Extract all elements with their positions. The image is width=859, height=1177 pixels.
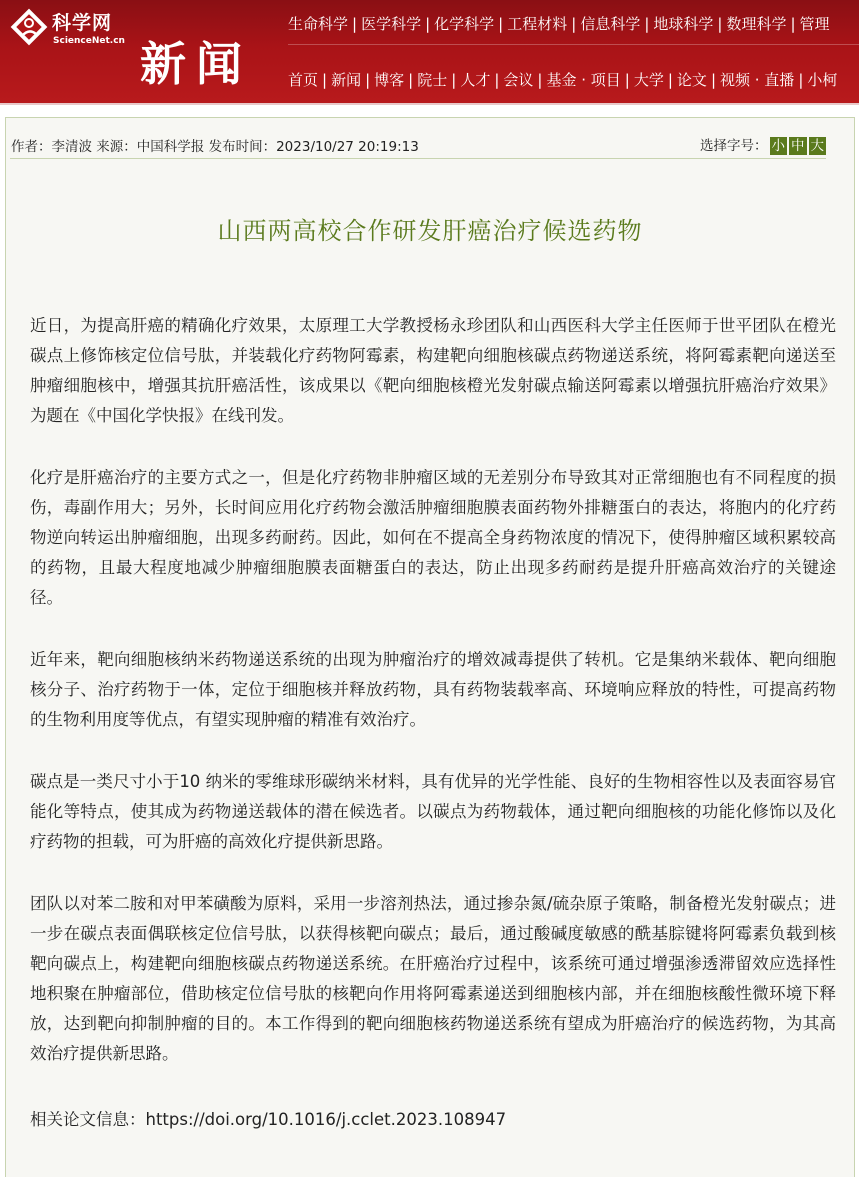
nav-separator: | bbox=[621, 71, 634, 89]
nav-item-university[interactable]: 大学 bbox=[634, 71, 664, 89]
font-size-medium-button[interactable]: 中 bbox=[789, 137, 807, 155]
nav-item-life-science[interactable]: 生命科学 bbox=[288, 15, 348, 33]
article-title: 山西两高校合作研发肝癌治疗候选药物 bbox=[6, 211, 854, 246]
nav-separator: | bbox=[533, 71, 546, 89]
nav-item-news[interactable]: 新闻 bbox=[331, 71, 361, 89]
site-header: 科学网 ScienceNet.cn 新闻 生命科学|医学科学|化学科学|工程材料… bbox=[0, 0, 859, 103]
article-panel: 作者：李清波 来源：中国科学报 发布时间：2023/10/27 20:19:13… bbox=[5, 117, 855, 1156]
nav-item-papers[interactable]: 论文 bbox=[677, 71, 707, 89]
nav-item-earth-science[interactable]: 地球科学 bbox=[653, 15, 713, 33]
nav-separator: | bbox=[494, 15, 507, 33]
nav-separator: | bbox=[348, 15, 361, 33]
nav-item-home[interactable]: 首页 bbox=[288, 71, 318, 89]
logo-text-cn: 科学网 bbox=[52, 8, 112, 35]
nav-item-talent[interactable]: 人才 bbox=[460, 71, 490, 89]
font-size-label: 选择字号： bbox=[700, 138, 768, 154]
font-size-large-button[interactable]: 大 bbox=[809, 137, 827, 155]
nav-item-engineering-materials[interactable]: 工程材料 bbox=[507, 15, 567, 33]
nav-item-math-physics[interactable]: 数理科学 bbox=[726, 15, 786, 33]
nav-separator: | bbox=[447, 71, 460, 89]
nav-item-conference[interactable]: 会议 bbox=[503, 71, 533, 89]
nav-item-academicians[interactable]: 院士 bbox=[417, 71, 447, 89]
nav-item-information-science[interactable]: 信息科学 bbox=[580, 15, 640, 33]
nav-item-video-live[interactable]: 视频 · 直播 bbox=[720, 71, 794, 89]
nav-separator: | bbox=[640, 15, 653, 33]
nav-separator: | bbox=[664, 71, 677, 89]
nav-item-blog[interactable]: 博客 bbox=[374, 71, 404, 89]
nav-separator: | bbox=[786, 15, 799, 33]
article-paragraph: 近日，为提高肝癌的精确化疗效果，太原理工大学教授杨永珍团队和山西医科大学主任医师… bbox=[30, 311, 836, 431]
nav-item-management[interactable]: 管理 bbox=[800, 15, 830, 33]
article-paragraph: 碳点是一类尺寸小于10 纳米的零维球形碳纳米材料，具有优异的光学性能、良好的生物… bbox=[30, 767, 836, 857]
article-meta-bar: 作者：李清波 来源：中国科学报 发布时间：2023/10/27 20:19:13… bbox=[6, 118, 854, 158]
nav-separator: | bbox=[404, 71, 417, 89]
nav-item-funding-projects[interactable]: 基金 · 项目 bbox=[546, 71, 620, 89]
font-size-selector: 选择字号：小中大 bbox=[700, 134, 826, 155]
font-size-small-button[interactable]: 小 bbox=[770, 137, 788, 155]
article-paragraph: 近年来，靶向细胞核纳米药物递送系统的出现为肿瘤治疗的增效减毒提供了转机。它是集纳… bbox=[30, 645, 836, 735]
nav-separator: | bbox=[567, 15, 580, 33]
nav-divider bbox=[288, 44, 859, 45]
sciencenet-logo[interactable]: 科学网 ScienceNet.cn bbox=[10, 6, 130, 50]
article-paragraph: 化疗是肝癌治疗的主要方式之一，但是化疗药物非肿瘤区域的无差别分布导致其对正常细胞… bbox=[30, 463, 836, 613]
related-paper-info[interactable]: 相关论文信息：https://doi.org/10.1016/j.cclet.2… bbox=[30, 1106, 506, 1130]
nav-separator: | bbox=[713, 15, 726, 33]
nav-separator: | bbox=[318, 71, 331, 89]
nav-separator: | bbox=[361, 71, 374, 89]
article-meta: 作者：李清波 来源：中国科学报 发布时间：2023/10/27 20:19:13 bbox=[11, 135, 419, 155]
nav-item-chemistry[interactable]: 化学科学 bbox=[434, 15, 494, 33]
section-title: 新闻 bbox=[140, 38, 252, 90]
article-body: 近日，为提高肝癌的精确化疗效果，太原理工大学教授杨永珍团队和山西医科大学主任医师… bbox=[30, 311, 836, 1101]
nav-item-medical-science[interactable]: 医学科学 bbox=[361, 15, 421, 33]
article-paragraph: 团队以对苯二胺和对甲苯磺酸为原料，采用一步溶剂热法，通过掺杂氮/硫杂原子策略，制… bbox=[30, 889, 836, 1069]
subject-nav: 生命科学|医学科学|化学科学|工程材料|信息科学|地球科学|数理科学|管理 bbox=[288, 14, 830, 34]
meta-divider bbox=[10, 158, 826, 159]
logo-text-en: ScienceNet.cn bbox=[53, 36, 125, 46]
nav-item-xiaoke[interactable]: 小柯 bbox=[807, 71, 837, 89]
main-nav: 首页|新闻|博客|院士|人才|会议|基金 · 项目|大学|论文|视频 · 直播|… bbox=[288, 70, 837, 90]
header-divider bbox=[0, 103, 859, 105]
nav-separator: | bbox=[421, 15, 434, 33]
logo-emblem-icon bbox=[10, 8, 48, 46]
nav-separator: | bbox=[794, 71, 807, 89]
nav-separator: | bbox=[707, 71, 720, 89]
nav-separator: | bbox=[490, 71, 503, 89]
